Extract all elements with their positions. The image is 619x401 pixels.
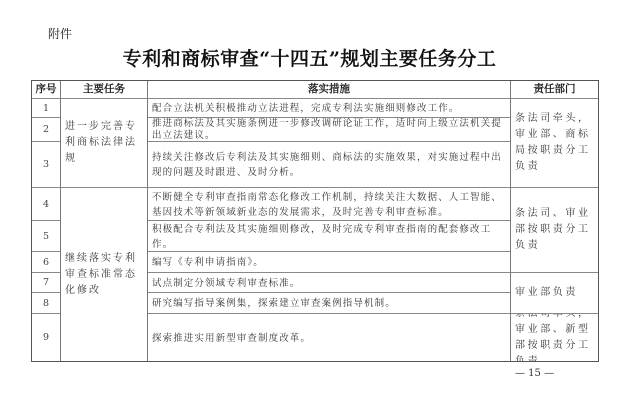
header-measure: 落实措施 <box>148 81 511 99</box>
row-number: 1 <box>32 99 61 118</box>
measure-cell: 推进商标法及其实施条例进一步修改调研论证工作，适时向上级立法机关提出立法建议。 <box>148 118 511 142</box>
measure-cell: 试点制定分领域专利审查标准。 <box>148 273 511 293</box>
header-task: 主要任务 <box>61 81 148 99</box>
measure-cell: 探索推进实用新型审查制度改革。 <box>148 314 511 361</box>
row-number: 2 <box>32 118 61 142</box>
measure-cell: 持续关注修改后专利法及其实施细则、商标法的实施效果，对实施过程中出现的问题及时跟… <box>148 142 511 188</box>
measure-cell: 编写《专利申请指南》。 <box>148 252 511 273</box>
task-cell: 继续落实专利审查标准常态化修改 <box>61 188 148 361</box>
header-department: 责任部门 <box>511 81 598 99</box>
measure-cell: 研究编写指导案例集，探索建立审查案例指导机制。 <box>148 293 511 314</box>
attachment-label: 附件 <box>48 25 72 42</box>
row-number: 5 <box>32 221 61 252</box>
row-number: 9 <box>32 314 61 361</box>
department-cell: 条法司牵头，审业部、商标局按职责分工负责 <box>511 99 598 188</box>
task-cell: 进一步完善专利商标法律法规 <box>61 99 148 188</box>
row-number: 4 <box>32 188 61 221</box>
row-number: 8 <box>32 293 61 314</box>
department-cell: 条法司、审业部按职责分工负责 <box>511 188 598 273</box>
task-division-table: 序号 主要任务 落实措施 责任部门 1 2 3 4 5 6 7 8 9 进一步完… <box>31 80 599 362</box>
row-number: 6 <box>32 252 61 273</box>
measure-cell: 积极配合专利法及其实施细则修改，及时完成专利审查指南的配套修改工作。 <box>148 221 511 252</box>
measure-cell: 不断健全专利审查指南常态化修改工作机制，持续关注大数据、人工智能、基因技术等新领… <box>148 188 511 221</box>
row-number: 3 <box>32 142 61 188</box>
department-cell: 审业部负责 <box>511 273 598 314</box>
department-cell: 条法司牵头，审业部、新型部按职责分工负责 <box>511 314 598 361</box>
row-number: 7 <box>32 273 61 293</box>
header-no: 序号 <box>32 81 61 99</box>
page-number: — 15 — <box>515 368 554 379</box>
measure-cell: 配合立法机关积极推动立法进程，完成专利法实施细则修改工作。 <box>148 99 511 118</box>
page-title: 专利和商标审查“十四五”规划主要任务分工 <box>0 44 619 71</box>
